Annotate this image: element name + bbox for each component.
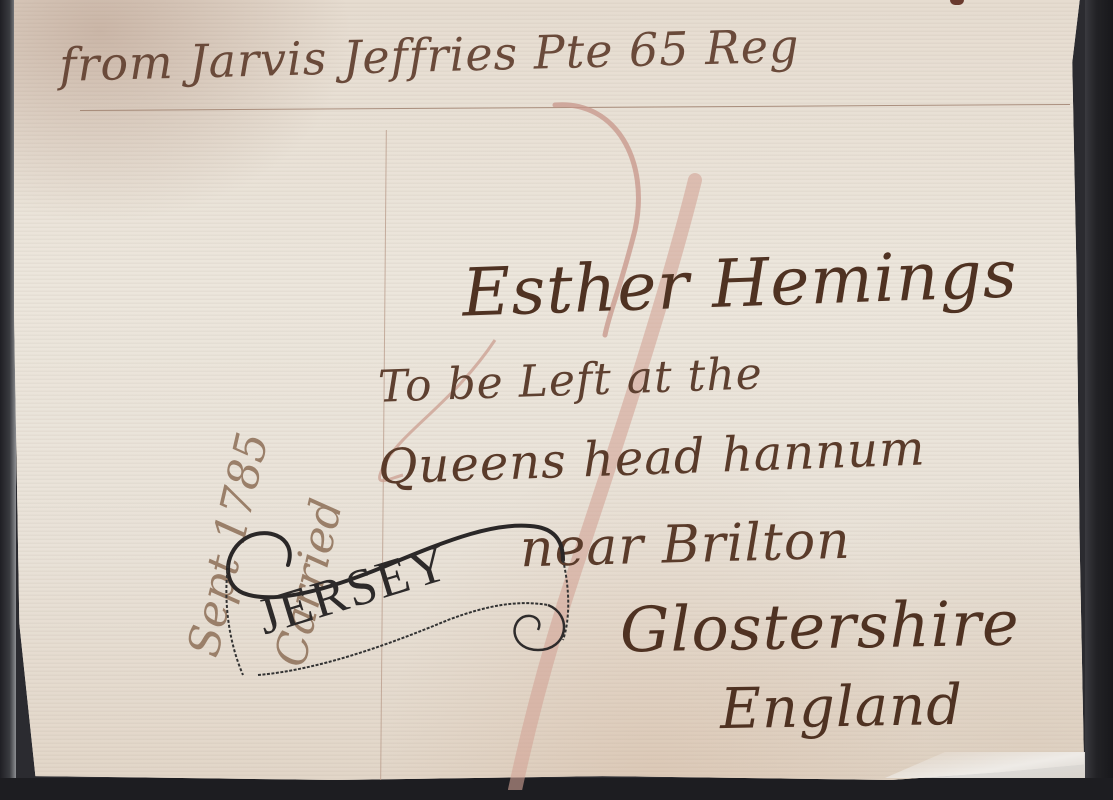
mount-edge-right — [1085, 0, 1113, 800]
address-country: England — [719, 673, 963, 742]
mount-edge-bottom — [0, 778, 1113, 800]
mount-edge-left — [0, 0, 16, 800]
manuscript-rate-value: 7 — [455, 140, 468, 164]
address-county: Glostershire — [619, 587, 1020, 667]
